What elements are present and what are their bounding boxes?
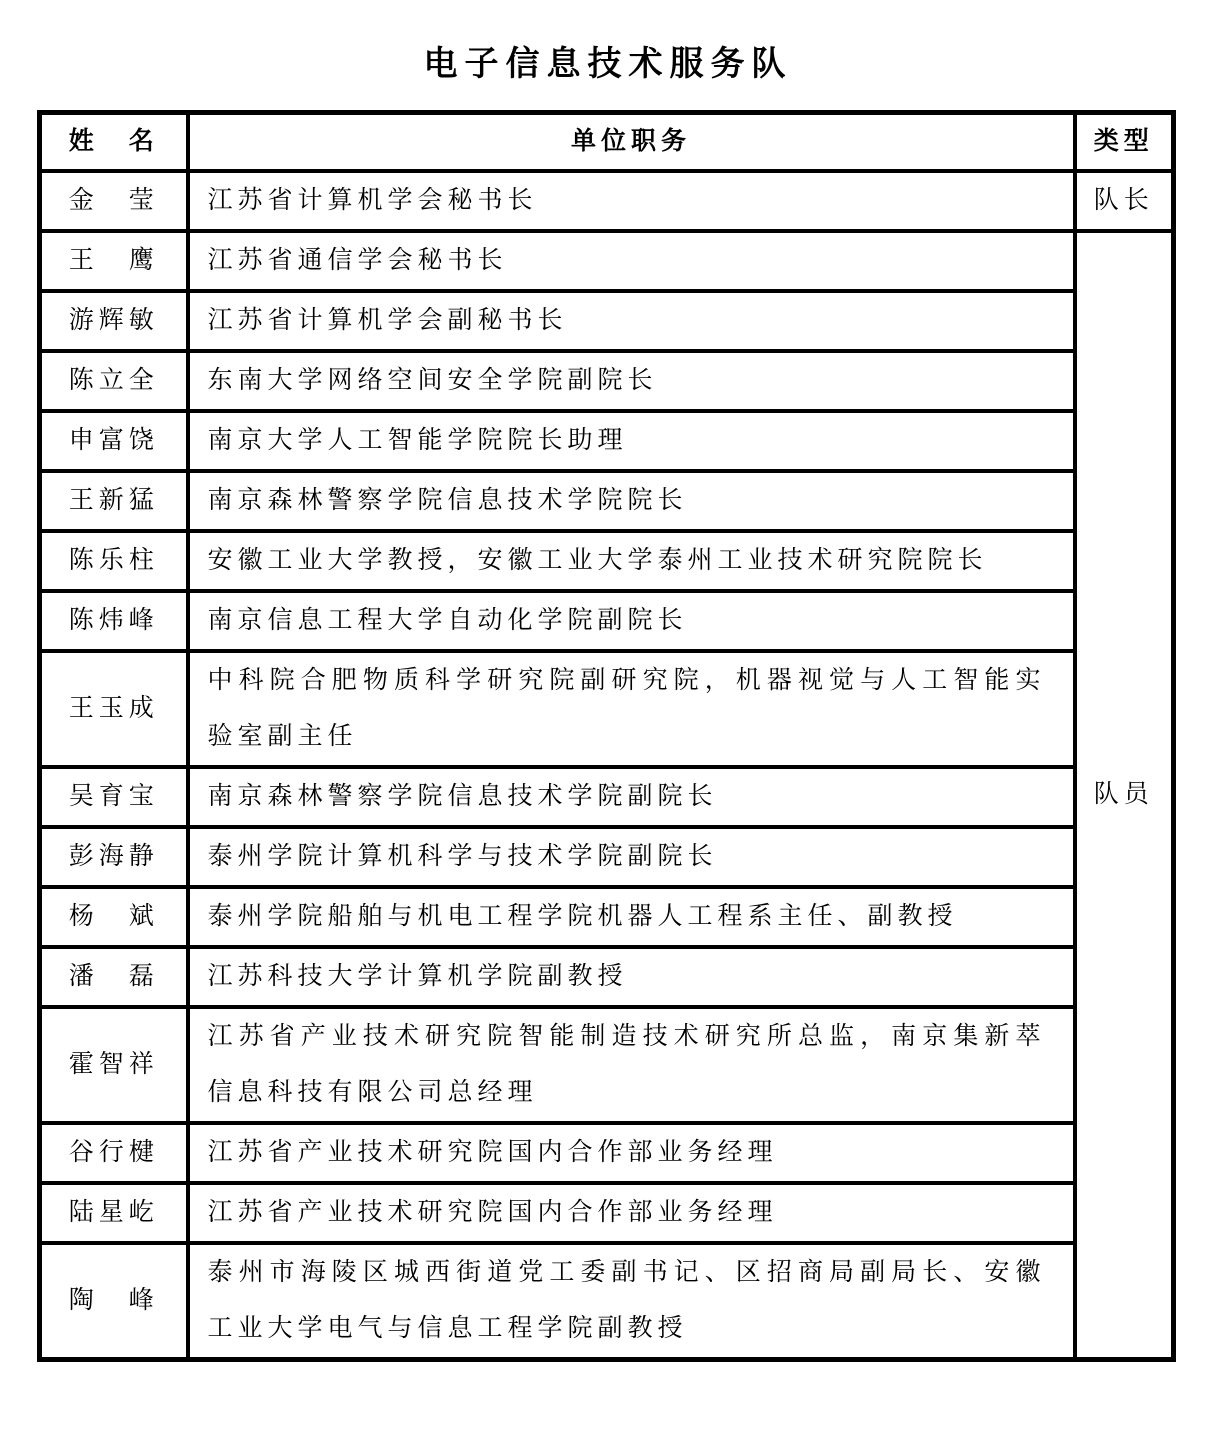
- member-position-cell: 泰州学院计算机科学与技术学院副院长: [188, 827, 1075, 887]
- table-row: 陈炜峰南京信息工程大学自动化学院副院长: [40, 591, 1174, 651]
- table-row: 陈立全东南大学网络空间安全学院副院长: [40, 351, 1174, 411]
- member-position-cell: 江苏省计算机学会副秘书长: [188, 291, 1075, 351]
- member-name-cell: 杨 斌: [40, 887, 188, 947]
- col-header-position: 单位职务: [188, 113, 1075, 172]
- table-row: 杨 斌泰州学院船舶与机电工程学院机器人工程系主任、副教授: [40, 887, 1174, 947]
- member-name-cell: 陈炜峰: [40, 591, 188, 651]
- member-position-cell: 东南大学网络空间安全学院副院长: [188, 351, 1075, 411]
- member-position-cell: 江苏省通信学会秘书长: [188, 231, 1075, 291]
- table-row: 霍智祥江苏省产业技术研究院智能制造技术研究所总监，南京集新萃信息科技有限公司总经…: [40, 1007, 1174, 1123]
- member-position-cell: 中科院合肥物质科学研究院副研究院，机器视觉与人工智能实验室副主任: [188, 651, 1075, 767]
- table-row: 潘 磊江苏科技大学计算机学院副教授: [40, 947, 1174, 1007]
- member-name-cell: 霍智祥: [40, 1007, 188, 1123]
- table-row: 陆星屹江苏省产业技术研究院国内合作部业务经理: [40, 1183, 1174, 1243]
- team-roster-table: 姓 名 单位职务 类型 金 莹江苏省计算机学会秘书长队长王 鹰江苏省通信学会秘书…: [37, 110, 1176, 1362]
- header-row: 姓 名 单位职务 类型: [40, 113, 1174, 172]
- table-row: 彭海静泰州学院计算机科学与技术学院副院长: [40, 827, 1174, 887]
- member-position-cell: 南京森林警察学院信息技术学院副院长: [188, 767, 1075, 827]
- member-position-cell: 南京森林警察学院信息技术学院院长: [188, 471, 1075, 531]
- table-row: 谷行楗江苏省产业技术研究院国内合作部业务经理: [40, 1123, 1174, 1183]
- member-name-cell: 陶 峰: [40, 1243, 188, 1360]
- member-position-cell: 江苏省产业技术研究院智能制造技术研究所总监，南京集新萃信息科技有限公司总经理: [188, 1007, 1075, 1123]
- member-position-cell: 江苏省产业技术研究院国内合作部业务经理: [188, 1183, 1075, 1243]
- member-position-cell: 江苏省计算机学会秘书长: [188, 171, 1075, 231]
- member-name-cell: 王 鹰: [40, 231, 188, 291]
- member-position-cell: 南京信息工程大学自动化学院副院长: [188, 591, 1075, 651]
- member-name-cell: 潘 磊: [40, 947, 188, 1007]
- roster-body: 金 莹江苏省计算机学会秘书长队长王 鹰江苏省通信学会秘书长队员游辉敏江苏省计算机…: [40, 171, 1174, 1360]
- member-position-cell: 安徽工业大学教授，安徽工业大学泰州工业技术研究院院长: [188, 531, 1075, 591]
- type-cell-member: 队员: [1075, 231, 1174, 1360]
- table-row: 吴育宝南京森林警察学院信息技术学院副院长: [40, 767, 1174, 827]
- table-row: 陶 峰泰州市海陵区城西街道党工委副书记、区招商局副局长、安徽工业大学电气与信息工…: [40, 1243, 1174, 1360]
- member-position-cell: 江苏省产业技术研究院国内合作部业务经理: [188, 1123, 1075, 1183]
- member-name-cell: 陈立全: [40, 351, 188, 411]
- member-name-cell: 王玉成: [40, 651, 188, 767]
- member-name-cell: 吴育宝: [40, 767, 188, 827]
- table-row: 游辉敏江苏省计算机学会副秘书长: [40, 291, 1174, 351]
- member-name-cell: 王新猛: [40, 471, 188, 531]
- member-name-cell: 游辉敏: [40, 291, 188, 351]
- member-name-cell: 金 莹: [40, 171, 188, 231]
- table-row: 王 鹰江苏省通信学会秘书长队员: [40, 231, 1174, 291]
- col-header-name: 姓 名: [40, 113, 188, 172]
- member-position-cell: 南京大学人工智能学院院长助理: [188, 411, 1075, 471]
- member-position-cell: 泰州学院船舶与机电工程学院机器人工程系主任、副教授: [188, 887, 1075, 947]
- member-name-cell: 陈乐柱: [40, 531, 188, 591]
- page-title: 电子信息技术服务队: [0, 44, 1209, 86]
- table-row: 金 莹江苏省计算机学会秘书长队长: [40, 171, 1174, 231]
- member-name-cell: 彭海静: [40, 827, 188, 887]
- member-name-cell: 谷行楗: [40, 1123, 188, 1183]
- type-cell-leader: 队长: [1075, 171, 1174, 231]
- member-name-cell: 陆星屹: [40, 1183, 188, 1243]
- table-row: 王新猛南京森林警察学院信息技术学院院长: [40, 471, 1174, 531]
- col-header-type: 类型: [1075, 113, 1174, 172]
- member-position-cell: 江苏科技大学计算机学院副教授: [188, 947, 1075, 1007]
- table-row: 申富饶南京大学人工智能学院院长助理: [40, 411, 1174, 471]
- table-row: 陈乐柱安徽工业大学教授，安徽工业大学泰州工业技术研究院院长: [40, 531, 1174, 591]
- table-row: 王玉成中科院合肥物质科学研究院副研究院，机器视觉与人工智能实验室副主任: [40, 651, 1174, 767]
- member-name-cell: 申富饶: [40, 411, 188, 471]
- member-position-cell: 泰州市海陵区城西街道党工委副书记、区招商局副局长、安徽工业大学电气与信息工程学院…: [188, 1243, 1075, 1360]
